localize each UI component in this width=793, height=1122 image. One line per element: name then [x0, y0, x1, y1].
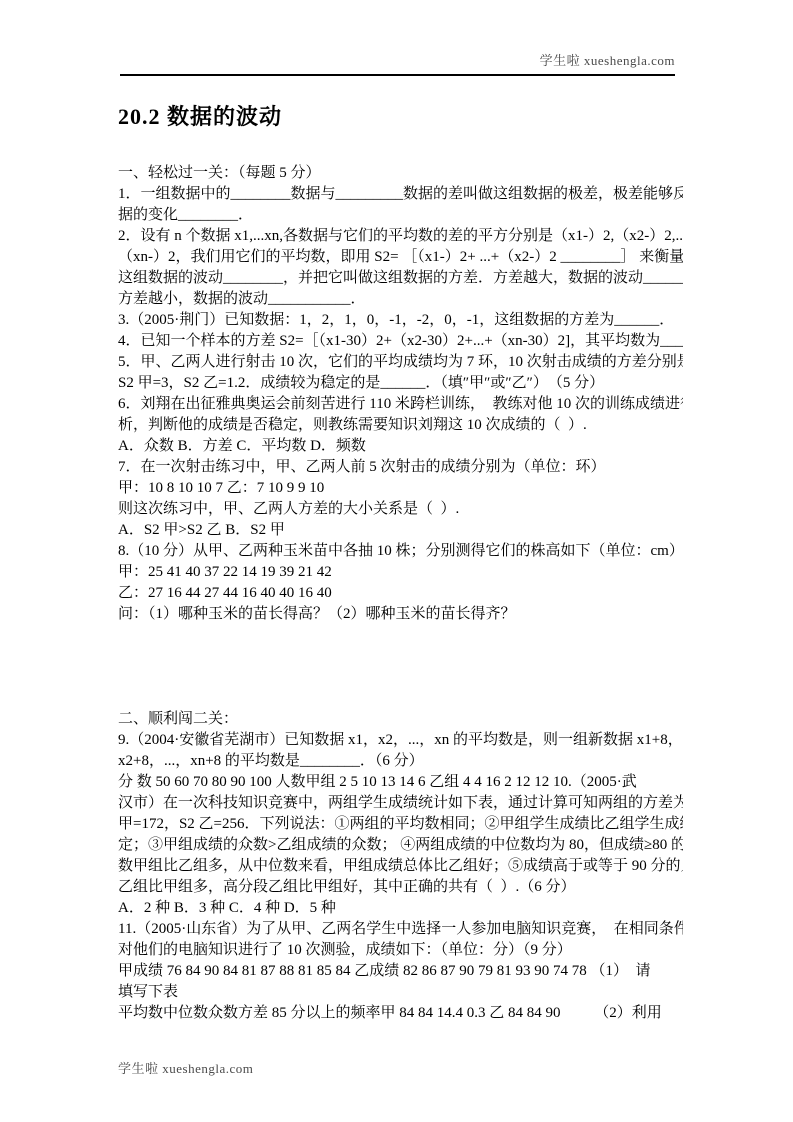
text-line: 6．刘翔在出征雅典奥运会前刻苦进行 110 米跨栏训练， 教练对他 10 次的训…	[118, 394, 683, 415]
text-line: A．S2 甲>S2 乙 B．S2 甲	[118, 520, 683, 541]
text-line: 二、顺利闯二关：	[118, 709, 683, 730]
text-line: 对他们的电脑知识进行了 10 次测验，成绩如下：（单位：分）（9 分）	[118, 940, 683, 961]
text-line: 定；③甲组成绩的众数>乙组成绩的众数； ④两组成绩的中位数均为 80，但成绩≥8…	[118, 835, 683, 856]
text-line: 一、轻松过一关：（每题 5 分）	[118, 163, 683, 184]
text-line: 则这次练习中，甲、乙两人方差的大小关系是（ ）.	[118, 499, 683, 520]
text-line: 8.（10 分）从甲、乙两种玉米苗中各抽 10 株；分别测得它们的株高如下（单位…	[118, 541, 683, 562]
text-line: 5．甲、乙两人进行射击 10 次，它们的平均成绩均为 7 环，10 次射击成绩的…	[118, 352, 683, 373]
text-line: 填写下表	[118, 982, 683, 1003]
text-line: 甲=172，S2 乙=256．下列说法：①两组的平均数相同；②甲组学生成绩比乙组…	[118, 814, 683, 835]
section-smooth-pass: 二、顺利闯二关：9.（2004·安徽省芜湖市）已知数据 x1，x2，...，xn…	[118, 709, 683, 1024]
text-line: 汉市）在一次科技知识竞赛中，两组学生成绩统计如下表，通过计算可知两组的方差为 S…	[118, 793, 683, 814]
text-line: 2．设有 n 个数据 x1,...xn,各数据与它们的平均数的差的平方分别是（x…	[118, 226, 683, 247]
text-line: A．2 种 B．3 种 C．4 种 D．5 种	[118, 898, 683, 919]
text-line: 1．一组数据中的________数据与_________数据的差叫做这组数据的极…	[118, 184, 683, 205]
text-line: 甲：25 41 40 37 22 14 19 39 21 42	[118, 562, 683, 583]
text-line: 9.（2004·安徽省芜湖市）已知数据 x1，x2，...，xn 的平均数是，则…	[118, 730, 683, 751]
text-line: 析，判断他的成绩是否稳定，则教练需要知识刘翔这 10 次成绩的（ ）.	[118, 415, 683, 436]
text-line: 问：（1）哪种玉米的苗长得高？（2）哪种玉米的苗长得齐？	[118, 604, 683, 625]
footer-site-label: 学生啦 xueshengla.com	[118, 1061, 253, 1076]
worksheet-body: 一、轻松过一关：（每题 5 分）1．一组数据中的________数据与_____…	[118, 163, 683, 1024]
section-easy-pass: 一、轻松过一关：（每题 5 分）1．一组数据中的________数据与_____…	[118, 163, 683, 625]
text-line: x2+8，...，xn+8 的平均数是________．（6 分）	[118, 751, 683, 772]
text-line: 分 数 50 60 70 80 90 100 人数甲组 2 5 10 13 14…	[118, 772, 683, 793]
document-page: 学生啦 xueshengla.com 20.2 数据的波动 一、轻松过一关：（每…	[0, 0, 793, 1122]
page-header: 学生啦 xueshengla.com	[540, 50, 675, 69]
header-divider	[120, 74, 675, 76]
text-line: S2 甲=3，S2 乙=1.2．成绩较为稳定的是______．（填″甲″或″乙″…	[118, 373, 683, 394]
header-site-label: 学生啦 xueshengla.com	[540, 53, 675, 68]
text-line: 7．在一次射击练习中，甲、乙两人前 5 次射击的成绩分别为（单位：环）	[118, 457, 683, 478]
text-line: （xn-）2，我们用它们的平均数，即用 S2= ［（x1-）2+ ...+（x2…	[118, 247, 683, 268]
text-line: 3.（2005·荆门）已知数据：1，2，1，0，-1，-2，0，-1，这组数据的…	[118, 310, 683, 331]
text-line: 数甲组比乙组多，从中位数来看，甲组成绩总体比乙组好；⑤成绩高于或等于 90 分的…	[118, 856, 683, 877]
text-line: 甲成绩 76 84 90 84 81 87 88 81 85 84 乙成绩 82…	[118, 961, 683, 982]
text-line: 11.（2005·山东省）为了从甲、乙两名学生中选择一人参加电脑知识竞赛， 在相…	[118, 919, 683, 940]
text-line: 乙组比甲组多，高分段乙组比甲组好，其中正确的共有（ ）.（6 分）	[118, 877, 683, 898]
text-line: 乙：27 16 44 27 44 16 40 40 16 40	[118, 583, 683, 604]
text-line: A．众数 B．方差 C．平均数 D．频数	[118, 436, 683, 457]
page-title: 20.2 数据的波动	[118, 100, 282, 131]
text-line: 平均数中位数众数方差 85 分以上的频率甲 84 84 14.4 0.3 乙 8…	[118, 1003, 683, 1024]
page-footer: 学生啦 xueshengla.com	[118, 1058, 253, 1077]
text-line: 这组数据的波动________，并把它叫做这组数据的方差．方差越大，数据的波动_…	[118, 268, 683, 289]
text-line: 方差越小，数据的波动___________．	[118, 289, 683, 310]
text-line: 据的变化________．	[118, 205, 683, 226]
text-line: 甲：10 8 10 10 7 乙：7 10 9 9 10	[118, 478, 683, 499]
text-line: 4．已知一个样本的方差 S2=［（x1-30）2+（x2-30）2+...+（x…	[118, 331, 683, 352]
section-gap	[118, 625, 683, 709]
